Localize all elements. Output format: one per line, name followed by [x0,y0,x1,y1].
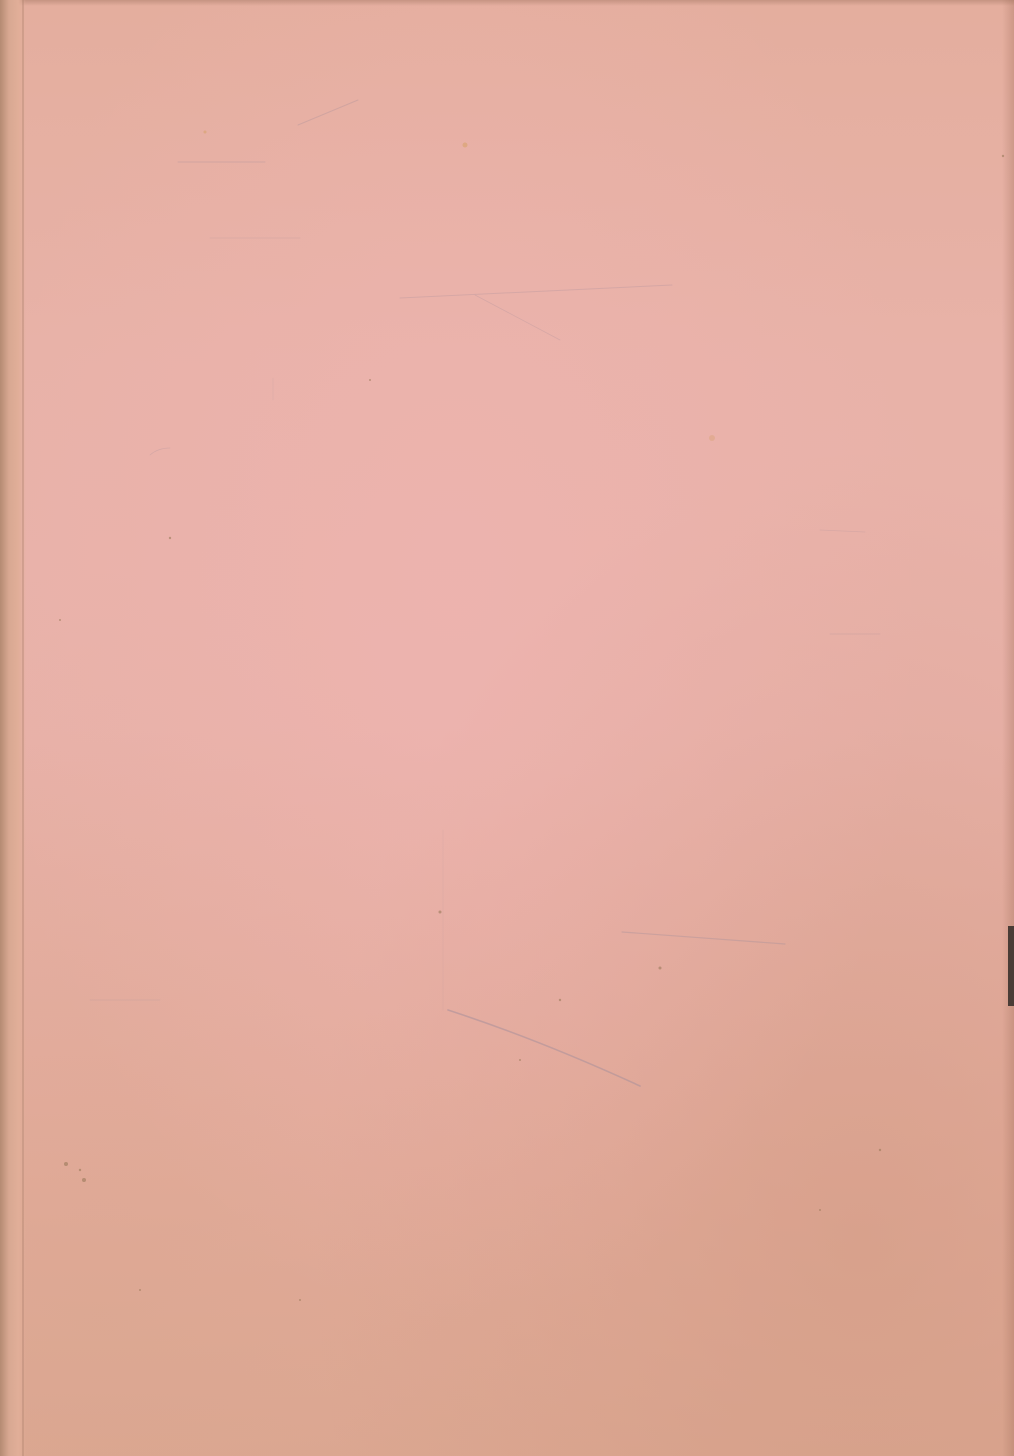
paper-page [0,0,1014,1456]
paper-scratches [0,0,1014,1456]
